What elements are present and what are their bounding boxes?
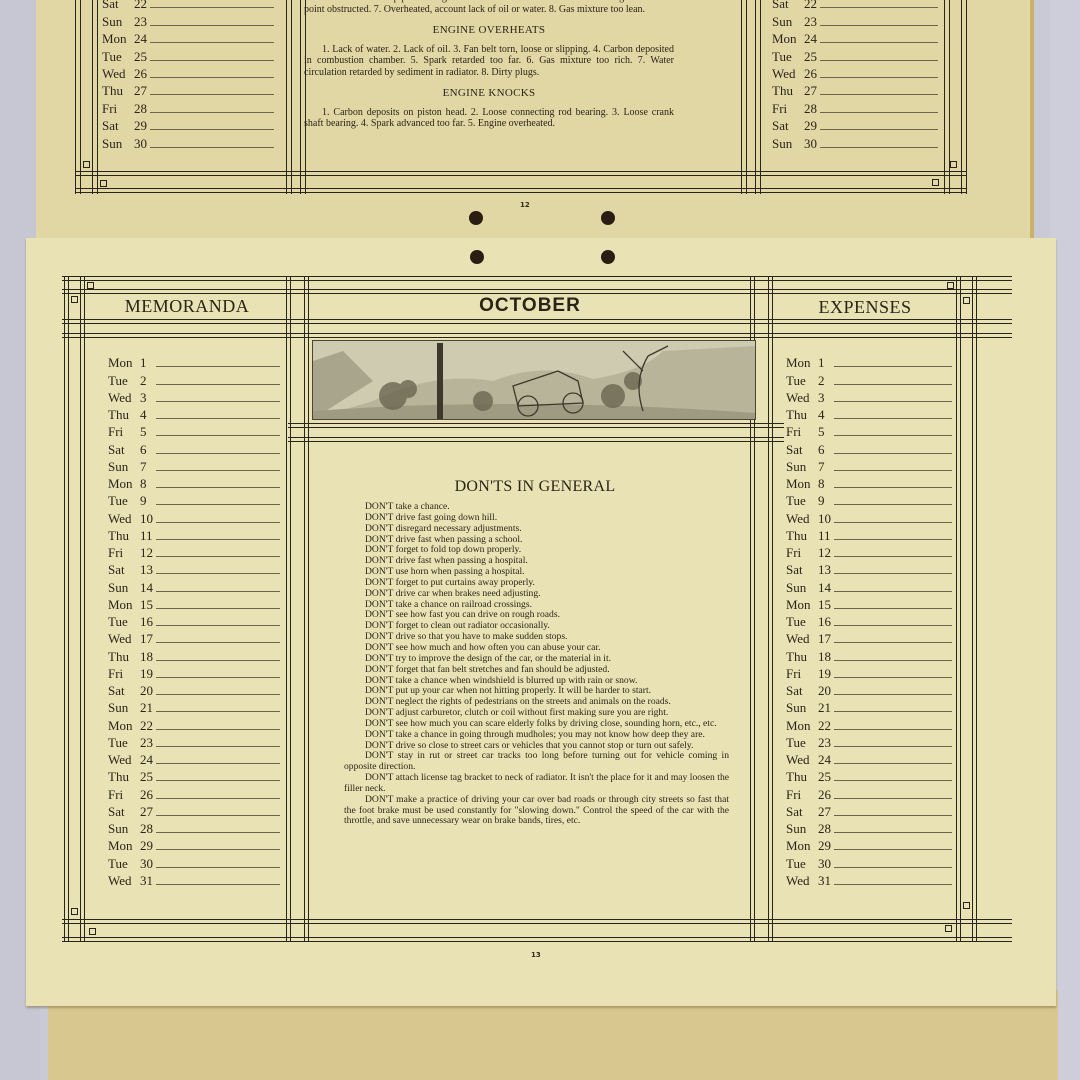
write-in-line (834, 884, 952, 885)
memoranda-row: Wed26 (102, 63, 274, 80)
month-title: OCTOBER (312, 295, 748, 317)
weekday-label: Mon (108, 477, 140, 490)
write-in-line (156, 867, 280, 868)
weekday-label: Tue (108, 494, 140, 507)
date-label: 21 (140, 701, 156, 714)
write-in-line (156, 522, 280, 523)
weekday-label: Tue (786, 615, 818, 628)
weekday-label: Fri (108, 667, 140, 680)
expenses-row: Mon1 (786, 352, 952, 369)
weekday-label: Thu (108, 770, 140, 783)
date-label: 27 (818, 805, 834, 818)
weekday-label: Sun (786, 460, 818, 473)
write-in-line (820, 7, 938, 8)
write-in-line (150, 25, 274, 26)
date-label: 9 (140, 494, 156, 507)
date-label: 24 (818, 753, 834, 766)
previous-page-number: 12 (520, 201, 530, 209)
date-label: 19 (818, 667, 834, 680)
write-in-line (156, 815, 280, 816)
date-label: 26 (804, 67, 820, 80)
memoranda-row: Wed3 (108, 387, 280, 404)
weekday-label: Sat (772, 0, 804, 10)
memoranda-row: Fri26 (108, 783, 280, 800)
dont-item: DON'T make a practice of driving your ca… (344, 795, 729, 828)
date-label: 16 (140, 615, 156, 628)
weekday-label: Sun (108, 581, 140, 594)
weekday-label: Sat (102, 119, 134, 132)
section-title-engine-knocks: ENGINE KNOCKS (304, 88, 674, 100)
weekday-label: Sun (102, 137, 134, 150)
write-in-line (156, 625, 280, 626)
weekday-label: Mon (102, 32, 134, 45)
write-in-line (150, 60, 274, 61)
weekday-label: Mon (786, 598, 818, 611)
write-in-line (156, 763, 280, 764)
expenses-row: Sun14 (786, 576, 952, 593)
write-in-line (834, 711, 952, 712)
date-label: 24 (134, 32, 150, 45)
write-in-line (150, 129, 274, 130)
write-in-line (820, 94, 938, 95)
write-in-line (156, 435, 280, 436)
expenses-row: Sat13 (786, 559, 952, 576)
date-label: 25 (140, 770, 156, 783)
page-number: 13 (531, 951, 541, 959)
write-in-line (156, 487, 280, 488)
expenses-row: Thu25 (786, 766, 952, 783)
weekday-label: Mon (786, 839, 818, 852)
write-in-line (834, 539, 952, 540)
write-in-line (820, 77, 938, 78)
weekday-label: Tue (108, 857, 140, 870)
write-in-line (156, 798, 280, 799)
write-in-line (156, 453, 280, 454)
weekday-label: Thu (108, 529, 140, 542)
expenses-row: Wed3 (786, 387, 952, 404)
date-label: 28 (818, 822, 834, 835)
date-label: 17 (140, 632, 156, 645)
expenses-row: Wed17 (786, 628, 952, 645)
date-label: 25 (804, 50, 820, 63)
weekday-label: Tue (786, 494, 818, 507)
date-label: 31 (140, 874, 156, 887)
memoranda-row: Sun14 (108, 576, 280, 593)
expenses-row: Mon24 (772, 28, 938, 45)
date-label: 10 (140, 512, 156, 525)
expenses-header: EXPENSES (776, 297, 954, 318)
memoranda-row: Fri19 (108, 663, 280, 680)
expenses-row: Sun21 (786, 697, 952, 714)
memoranda-row: Mon15 (108, 594, 280, 611)
weekday-label: Sun (772, 15, 804, 28)
write-in-line (156, 591, 280, 592)
memoranda-row: Sat22 (102, 0, 274, 10)
weekday-label: Wed (786, 874, 818, 887)
write-in-line (834, 798, 952, 799)
date-label: 20 (140, 684, 156, 697)
expenses-row: Tue23 (786, 732, 952, 749)
date-label: 14 (140, 581, 156, 594)
write-in-line (834, 453, 952, 454)
tips-intro: in carburetor or feed pipe. 5. Magneto w… (304, 0, 674, 15)
date-label: 5 (818, 425, 834, 438)
date-label: 1 (140, 356, 156, 369)
memoranda-row: Tue16 (108, 611, 280, 628)
weekday-label: Wed (786, 632, 818, 645)
date-label: 30 (134, 137, 150, 150)
write-in-line (834, 366, 952, 367)
write-in-line (150, 77, 274, 78)
date-label: 12 (140, 546, 156, 559)
write-in-line (834, 625, 952, 626)
write-in-line (834, 780, 952, 781)
memoranda-row: Thu27 (102, 80, 274, 97)
write-in-line (156, 677, 280, 678)
weekday-label: Fri (786, 546, 818, 559)
date-label: 28 (804, 102, 820, 115)
date-label: 4 (140, 408, 156, 421)
date-label: 31 (818, 874, 834, 887)
write-in-line (156, 832, 280, 833)
weekday-label: Fri (786, 788, 818, 801)
write-in-line (156, 556, 280, 557)
weekday-label: Mon (786, 477, 818, 490)
write-in-line (156, 780, 280, 781)
date-label: 18 (818, 650, 834, 663)
date-label: 28 (134, 102, 150, 115)
memoranda-row: Mon29 (108, 835, 280, 852)
binding-hole (470, 250, 484, 264)
section-body-engine-overheats: 1. Lack of water. 2. Lack of oil. 3. Fan… (304, 44, 674, 79)
memoranda-row: Fri12 (108, 542, 280, 559)
weekday-label: Tue (786, 857, 818, 870)
date-label: 28 (140, 822, 156, 835)
date-label: 25 (818, 770, 834, 783)
touring-car-illustration-icon (313, 341, 755, 419)
date-label: 12 (818, 546, 834, 559)
write-in-line (834, 522, 952, 523)
weekday-label: Wed (786, 512, 818, 525)
weekday-label: Thu (786, 650, 818, 663)
date-label: 14 (818, 581, 834, 594)
date-label: 23 (818, 736, 834, 749)
write-in-line (820, 147, 938, 148)
date-label: 8 (140, 477, 156, 490)
memoranda-row: Thu18 (108, 645, 280, 662)
expenses-row: Sun30 (772, 132, 938, 149)
write-in-line (156, 660, 280, 661)
write-in-line (150, 94, 274, 95)
weekday-label: Wed (102, 67, 134, 80)
memoranda-row: Mon8 (108, 473, 280, 490)
donts-list: DON'T take a chance.DON'T drive fast goi… (344, 502, 729, 827)
expenses-row: Tue16 (786, 611, 952, 628)
weekday-label: Mon (772, 32, 804, 45)
date-label: 13 (818, 563, 834, 576)
date-label: 7 (140, 460, 156, 473)
write-in-line (834, 401, 952, 402)
weekday-label: Sat (786, 563, 818, 576)
expenses-row: Fri26 (786, 783, 952, 800)
date-label: 17 (818, 632, 834, 645)
weekday-label: Sat (108, 805, 140, 818)
expenses-row: Sun28 (786, 818, 952, 835)
memoranda-row: Sun7 (108, 456, 280, 473)
write-in-line (834, 642, 952, 643)
expenses-row: Sat29 (772, 115, 938, 132)
write-in-line (156, 401, 280, 402)
expenses-row: Thu27 (772, 80, 938, 97)
weekday-label: Thu (786, 408, 818, 421)
expenses-row: Mon22 (786, 714, 952, 731)
date-label: 30 (140, 857, 156, 870)
date-label: 1 (818, 356, 834, 369)
expenses-row: Sat20 (786, 680, 952, 697)
memoranda-row: Thu11 (108, 525, 280, 542)
date-label: 19 (140, 667, 156, 680)
date-label: 22 (134, 0, 150, 10)
date-label: 15 (818, 598, 834, 611)
write-in-line (834, 418, 952, 419)
expenses-row: Thu18 (786, 645, 952, 662)
expenses-row: Wed10 (786, 507, 952, 524)
write-in-line (834, 470, 952, 471)
write-in-line (820, 60, 938, 61)
write-in-line (834, 556, 952, 557)
weekday-label: Sat (108, 684, 140, 697)
expenses-row: Tue30 (786, 852, 952, 869)
section-title-engine-overheats: ENGINE OVERHEATS (304, 25, 674, 37)
date-label: 21 (818, 701, 834, 714)
weekday-label: Sat (108, 563, 140, 576)
expenses-row: Mon8 (786, 473, 952, 490)
write-in-line (156, 573, 280, 574)
memoranda-row: Tue23 (108, 732, 280, 749)
expenses-day-list: Mon1Tue2Wed3Thu4Fri5Sat6Sun7Mon8Tue9Wed1… (786, 352, 952, 887)
date-label: 22 (818, 719, 834, 732)
date-label: 16 (818, 615, 834, 628)
expenses-row: Mon29 (786, 835, 952, 852)
date-label: 30 (804, 137, 820, 150)
weekday-label: Tue (108, 736, 140, 749)
weekday-label: Wed (108, 874, 140, 887)
write-in-line (834, 832, 952, 833)
date-label: 24 (804, 32, 820, 45)
write-in-line (156, 418, 280, 419)
expenses-row: Tue9 (786, 490, 952, 507)
memoranda-row: Wed10 (108, 507, 280, 524)
date-label: 11 (818, 529, 834, 542)
weekday-label: Mon (108, 598, 140, 611)
write-in-line (156, 694, 280, 695)
memoranda-row: Thu4 (108, 404, 280, 421)
weekday-label: Mon (786, 719, 818, 732)
expenses-row: Tue2 (786, 369, 952, 386)
date-label: 29 (804, 119, 820, 132)
memoranda-row: Fri28 (102, 97, 274, 114)
write-in-line (150, 147, 274, 148)
memoranda-row: Tue25 (102, 45, 274, 62)
weekday-label: Fri (786, 667, 818, 680)
weekday-label: Wed (108, 753, 140, 766)
date-label: 6 (140, 443, 156, 456)
write-in-line (156, 849, 280, 850)
write-in-line (834, 435, 952, 436)
date-label: 3 (818, 391, 834, 404)
memoranda-row: Sun21 (108, 697, 280, 714)
weekday-label: Fri (108, 546, 140, 559)
memoranda-row: Mon24 (102, 28, 274, 45)
expenses-row: Mon15 (786, 594, 952, 611)
weekday-label: Sat (786, 443, 818, 456)
expenses-row: Thu11 (786, 525, 952, 542)
previous-calendar-page: Sat22Sun23Mon24Tue25Wed26Thu27Fri28Sat29… (36, 0, 1034, 240)
weekday-label: Thu (786, 770, 818, 783)
weekday-label: Sun (786, 701, 818, 714)
expenses-row: Fri28 (772, 97, 938, 114)
date-label: 13 (140, 563, 156, 576)
weekday-label: Mon (108, 839, 140, 852)
write-in-line (834, 815, 952, 816)
write-in-line (834, 746, 952, 747)
write-in-line (156, 470, 280, 471)
date-label: 15 (140, 598, 156, 611)
weekday-label: Wed (108, 391, 140, 404)
expenses-row: Fri19 (786, 663, 952, 680)
date-label: 26 (818, 788, 834, 801)
date-label: 9 (818, 494, 834, 507)
memoranda-row: Sat20 (108, 680, 280, 697)
date-label: 11 (140, 529, 156, 542)
write-in-line (834, 504, 952, 505)
expenses-row: Sun7 (786, 456, 952, 473)
memoranda-row: Sun23 (102, 10, 274, 27)
weekday-label: Sat (786, 805, 818, 818)
previous-page-tips: in carburetor or feed pipe. 5. Magneto w… (304, 0, 674, 130)
weekday-label: Tue (786, 736, 818, 749)
memoranda-row: Tue2 (108, 369, 280, 386)
weekday-label: Fri (108, 425, 140, 438)
weekday-label: Sat (772, 119, 804, 132)
date-label: 25 (134, 50, 150, 63)
date-label: 4 (818, 408, 834, 421)
write-in-line (150, 112, 274, 113)
memoranda-row: Sat29 (102, 115, 274, 132)
weekday-label: Sun (772, 137, 804, 150)
expenses-row: Sat6 (786, 438, 952, 455)
memoranda-row: Mon22 (108, 714, 280, 731)
weekday-label: Thu (786, 529, 818, 542)
write-in-line (150, 7, 274, 8)
weekday-label: Sun (102, 15, 134, 28)
date-label: 5 (140, 425, 156, 438)
write-in-line (834, 487, 952, 488)
expenses-row: Sun23 (772, 10, 938, 27)
binding-hole (601, 250, 615, 264)
date-label: 23 (140, 736, 156, 749)
weekday-label: Fri (786, 425, 818, 438)
memoranda-row: Wed24 (108, 749, 280, 766)
date-label: 20 (818, 684, 834, 697)
date-label: 29 (818, 839, 834, 852)
weekday-label: Tue (108, 374, 140, 387)
weekday-label: Fri (108, 788, 140, 801)
section-body-engine-knocks: 1. Carbon deposits on piston head. 2. Lo… (304, 107, 674, 130)
weekday-label: Sat (102, 0, 134, 10)
expenses-row: Wed31 (786, 870, 952, 887)
dont-item: DON'T forget that fan belt stretches and… (344, 665, 729, 676)
weekday-label: Wed (108, 512, 140, 525)
date-label: 10 (818, 512, 834, 525)
write-in-line (156, 384, 280, 385)
write-in-line (150, 42, 274, 43)
memoranda-row: Thu25 (108, 766, 280, 783)
date-label: 27 (804, 84, 820, 97)
weekday-label: Sun (108, 701, 140, 714)
weekday-label: Mon (108, 719, 140, 732)
date-label: 2 (140, 374, 156, 387)
date-label: 29 (140, 839, 156, 852)
dont-item: DON'T attach license tag bracket to neck… (344, 773, 729, 795)
date-label: 26 (134, 67, 150, 80)
write-in-line (834, 660, 952, 661)
weekday-label: Tue (102, 50, 134, 63)
memoranda-row: Sun28 (108, 818, 280, 835)
memoranda-row: Sun30 (102, 132, 274, 149)
write-in-line (156, 366, 280, 367)
car-illustration (312, 340, 756, 420)
write-in-line (820, 25, 938, 26)
october-calendar-page: MEMORANDA OCTOBER EXPENSES Mon1Tue2Wed3T… (26, 238, 1056, 1006)
weekday-label: Wed (772, 67, 804, 80)
write-in-line (834, 763, 952, 764)
weekday-label: Tue (108, 615, 140, 628)
weekday-label: Wed (786, 391, 818, 404)
dont-item: DON'T stay in rut or street car tracks t… (344, 751, 729, 773)
memoranda-day-list: Mon1Tue2Wed3Thu4Fri5Sat6Sun7Mon8Tue9Wed1… (108, 352, 280, 887)
write-in-line (834, 677, 952, 678)
weekday-label: Wed (786, 753, 818, 766)
binding-hole (469, 211, 483, 225)
donts-title: DON'TS IN GENERAL (310, 478, 760, 496)
weekday-label: Thu (108, 650, 140, 663)
memoranda-row: Sat6 (108, 438, 280, 455)
write-in-line (156, 729, 280, 730)
date-label: 8 (818, 477, 834, 490)
dont-item: DON'T drive car when brakes need adjusti… (344, 589, 729, 600)
date-label: 26 (140, 788, 156, 801)
date-label: 22 (804, 0, 820, 10)
previous-expenses-list: Sat22Sun23Mon24Tue25Wed26Thu27Fri28Sat29… (772, 0, 938, 150)
expenses-row: Wed24 (786, 749, 952, 766)
write-in-line (156, 608, 280, 609)
memoranda-row: Sat27 (108, 801, 280, 818)
weekday-label: Wed (108, 632, 140, 645)
weekday-label: Fri (772, 102, 804, 115)
date-label: 22 (140, 719, 156, 732)
weekday-label: Sun (108, 822, 140, 835)
memoranda-row: Fri5 (108, 421, 280, 438)
write-in-line (156, 884, 280, 885)
write-in-line (156, 642, 280, 643)
memoranda-row: Sat13 (108, 559, 280, 576)
weekday-label: Mon (108, 356, 140, 369)
expenses-row: Tue25 (772, 45, 938, 62)
weekday-label: Fri (102, 102, 134, 115)
write-in-line (820, 129, 938, 130)
date-label: 24 (140, 753, 156, 766)
